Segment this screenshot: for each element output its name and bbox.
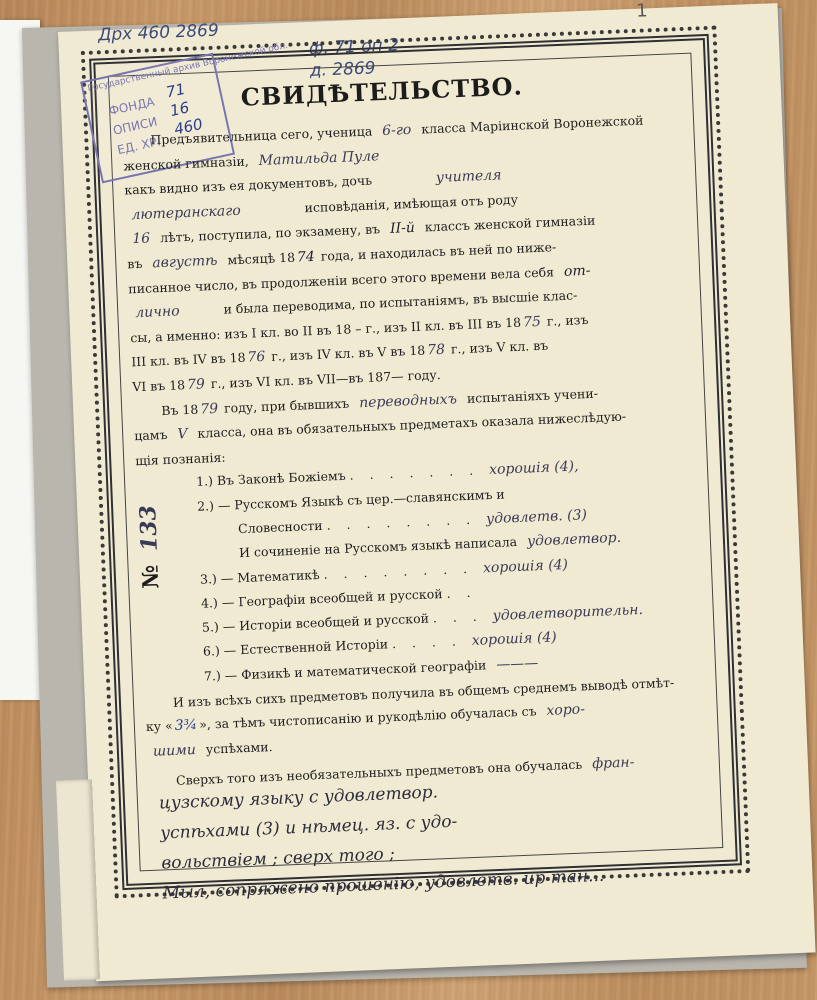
- subject-grade: удовлетвор.: [521, 530, 628, 550]
- subject-label: 5.) — Исторіи всеобщей и русской: [202, 610, 429, 634]
- handwritten-confession: лютеранскаго: [125, 200, 301, 223]
- subject-grade: хорошія (4): [465, 630, 563, 650]
- handwritten-age: 16: [126, 231, 156, 248]
- subject-grade: удовлетв. (3): [480, 506, 593, 527]
- handwritten-year: 74: [295, 249, 317, 266]
- handwritten-conduct: от-: [558, 262, 597, 280]
- archive-note-line1: Дрх 460 2869: [98, 20, 219, 47]
- subject-grade: ———: [490, 655, 545, 673]
- subject-label: 3.) — Математикѣ: [200, 567, 320, 587]
- page-number: 1: [636, 0, 648, 21]
- handwritten-entry-class: II-й: [384, 220, 421, 237]
- handwritten-exam-class: V: [171, 426, 194, 443]
- handwritten-optional-subjects: цузскому языку с удовлетвор. успѣхами (3…: [158, 766, 722, 908]
- subject-label: 1.) Въ Законѣ Божіемъ: [196, 468, 346, 489]
- subject-grade: удовлетворительн.: [486, 602, 649, 625]
- archive-handwritten-notes: Дрх 460 2869 ф. 71 оп 2 д. 2869: [98, 20, 219, 47]
- certificate-body: Предъявительница сего, ученица 6-го клас…: [122, 109, 668, 795]
- subject-label: Словесности: [238, 517, 323, 535]
- handwritten-student-name: Матильда Пуле: [252, 148, 385, 169]
- handwritten-father-title: учителя: [376, 167, 508, 188]
- handwritten-class: 6-го: [376, 122, 418, 140]
- handwritten-month: августѣ: [146, 253, 224, 272]
- average-mark: 3¾: [172, 717, 199, 734]
- certificate-paper: Дрх 460 2869 ф. 71 оп 2 д. 2869 1 Госуда…: [58, 3, 816, 981]
- subject-label: 6.) — Естественной Исторіи: [203, 637, 389, 659]
- subject-grade: хорошія (4),: [483, 459, 585, 479]
- stamp-fond-label: ФОНДА: [107, 95, 155, 119]
- subject-grade: хорошія (4): [477, 556, 575, 576]
- handwritten-exam-type: переводныхъ: [353, 391, 463, 411]
- handwritten-conduct-cont: лично: [129, 302, 220, 322]
